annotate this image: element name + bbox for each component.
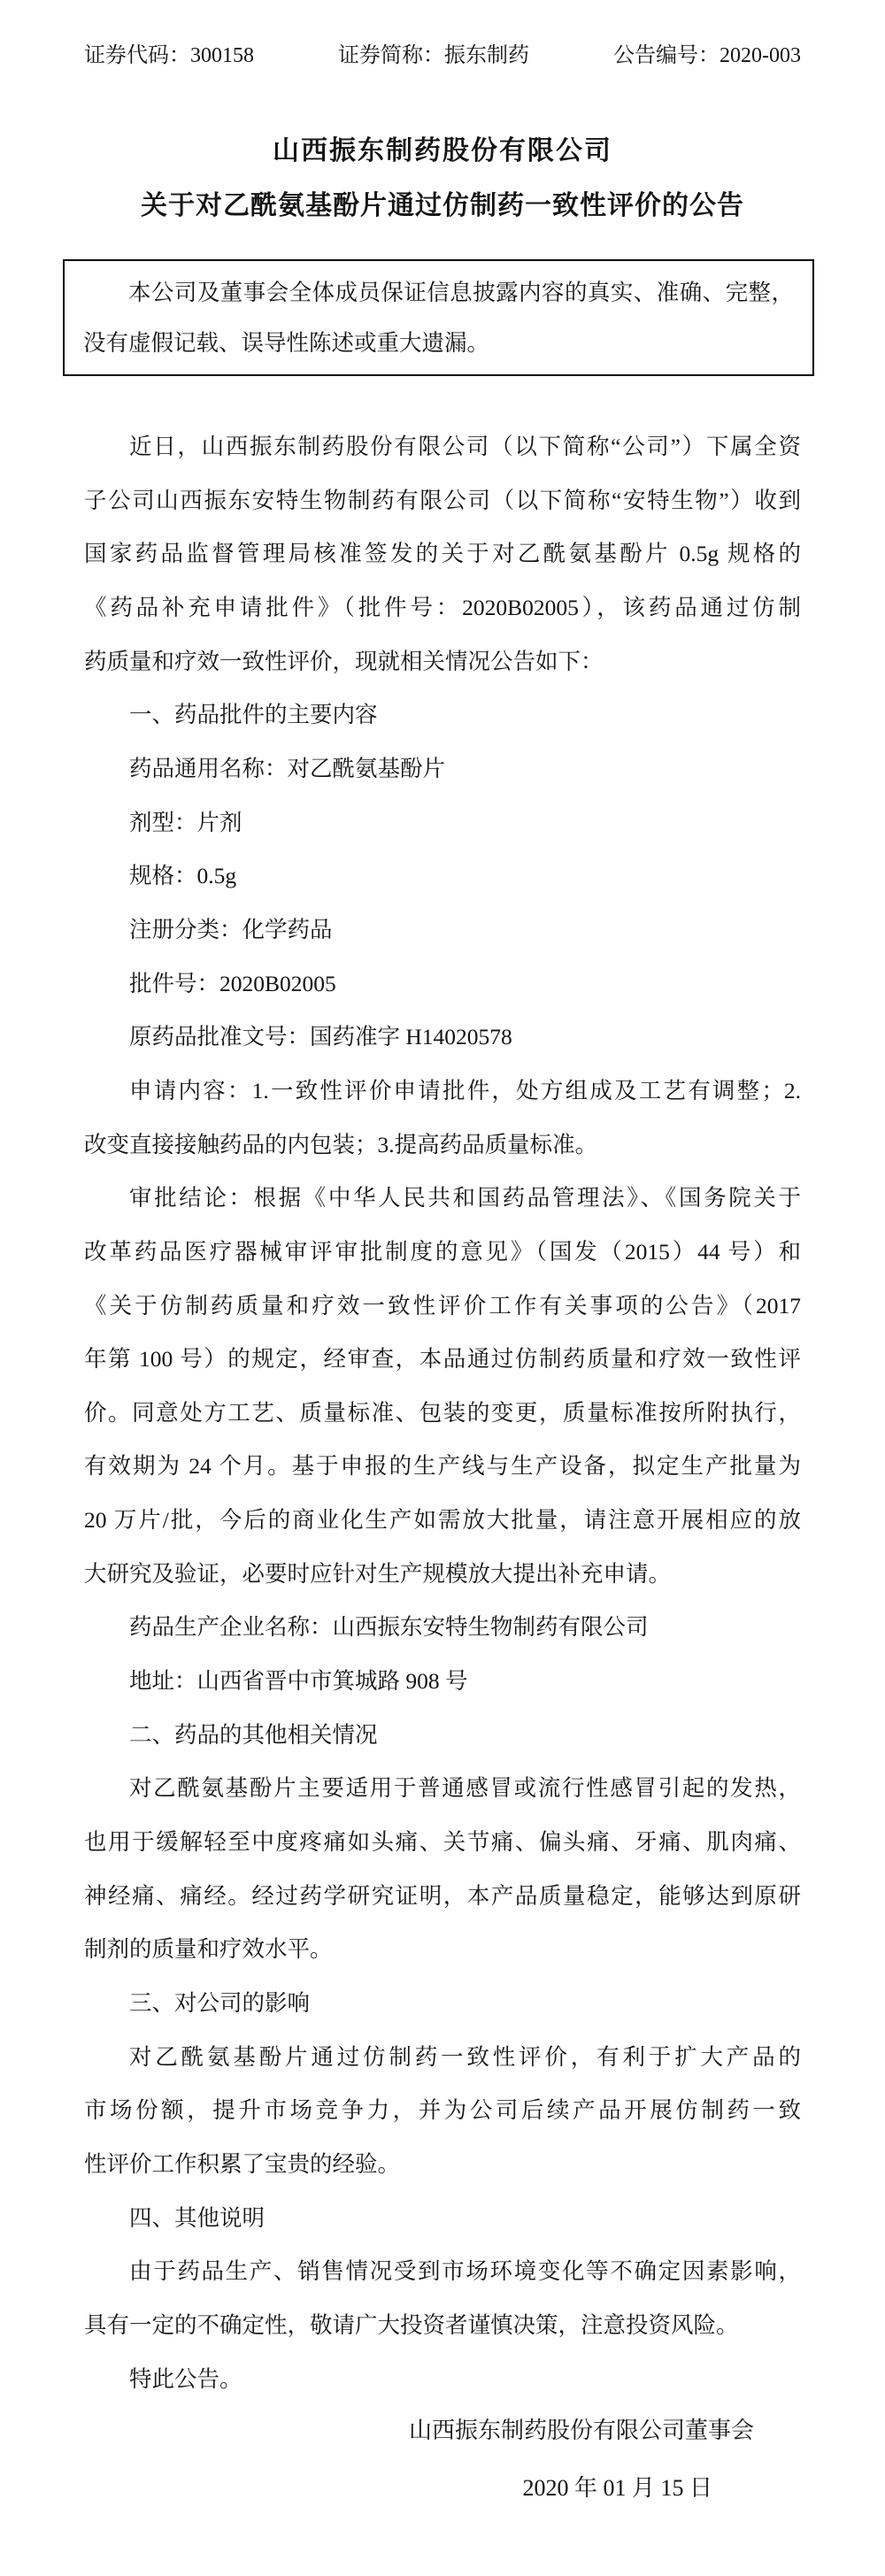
body-line: 药品通用名称：对乙酰氨基酚片 (84, 742, 801, 796)
body-line: 改变直接接触药品的内包装；3.提高药品质量标准。 (84, 1119, 801, 1173)
body-line: 市场份额，提升市场竞争力，并为公司后续产品开展仿制药一致 (84, 2084, 801, 2138)
signature-committee: 山西振东制药股份有限公司董事会 (84, 2413, 801, 2449)
body-line: 四、其他说明 (84, 2192, 801, 2246)
body-line: 地址：山西省晋中市箕城路 908 号 (84, 1655, 801, 1709)
body-line: 近日，山西振东制药股份有限公司（以下简称“公司”）下属全资 (84, 420, 801, 474)
body-line: 剂型：片剂 (84, 796, 801, 850)
announcement-body: 近日，山西振东制药股份有限公司（以下简称“公司”）下属全资子公司山西振东安特生物… (84, 420, 801, 2406)
body-line: 《药品补充申请批件》（批件号：2020B02005），该药品通过仿制 (84, 581, 801, 635)
disclaimer-line: 本公司及董事会全体成员保证信息披露内容的真实、准确、完整， (83, 267, 794, 318)
stock-code: 证券代码：300158 (84, 39, 254, 73)
body-line: 年第 100 号）的规定，经审查，本品通过仿制药质量和疗效一致性评 (84, 1333, 801, 1387)
body-line: 规格：0.5g (84, 850, 801, 904)
body-line: 具有一定的不确定性，敬请广大投资者谨慎决策，注意投资风险。 (84, 2299, 801, 2353)
body-line: 也用于缓解轻至中度疼痛如头痛、关节痛、偏头痛、牙痛、肌肉痛、 (84, 1816, 801, 1870)
announcement-title: 关于对乙酰氨基酚片通过仿制药一致性评价的公告 (0, 188, 885, 224)
body-line: 审批结论：根据《中华人民共和国药品管理法》、《国务院关于 (84, 1172, 801, 1226)
stock-name: 证券简称：振东制药 (338, 39, 529, 73)
document-header: 证券代码：300158 证券简称：振东制药 公告编号：2020-003 (84, 39, 801, 73)
disclaimer-box: 本公司及董事会全体成员保证信息披露内容的真实、准确、完整，没有虚假记载、误导性陈… (63, 259, 814, 376)
body-line: 有效期为 24 个月。基于申报的生产线与生产设备，拟定生产批量为 (84, 1440, 801, 1494)
body-line: 对乙酰氨基酚片主要适用于普通感冒或流行性感冒引起的发热， (84, 1762, 801, 1816)
body-line: 对乙酰氨基酚片通过仿制药一致性评价，有利于扩大产品的 (84, 2031, 801, 2085)
body-line: 药质量和疗效一致性评价，现就相关情况公告如下： (84, 635, 801, 689)
body-line: 申请内容：1.一致性评价申请批件，处方组成及工艺有调整；2. (84, 1065, 801, 1119)
body-line: 药品生产企业名称：山西振东安特生物制药有限公司 (84, 1601, 801, 1655)
announcement-page: 证券代码：300158 证券简称：振东制药 公告编号：2020-003 山西振东… (0, 0, 885, 2576)
body-line: 原药品批准文号：国药准字 H14020578 (84, 1011, 801, 1065)
body-line: 改革药品医疗器械审评审批制度的意见》（国发（2015）44 号）和 (84, 1226, 801, 1280)
company-title: 山西振东制药股份有限公司 (0, 134, 885, 169)
body-line: 国家药品监督管理局核准签发的关于对乙酰氨基酚片 0.5g 规格的 (84, 527, 801, 581)
body-line: 二、药品的其他相关情况 (84, 1709, 801, 1763)
body-line: 子公司山西振东安特生物制药有限公司（以下简称“安特生物”）收到 (84, 474, 801, 528)
disclaimer-line: 没有虚假记载、误导性陈述或重大遗漏。 (83, 318, 794, 368)
body-line: 神经痛、痛经。经过药学研究证明，本产品质量稳定，能够达到原研 (84, 1870, 801, 1924)
body-line: 注册分类：化学药品 (84, 904, 801, 957)
body-line: 价。同意处方工艺、质量标准、包装的变更，质量标准按所附执行， (84, 1387, 801, 1441)
body-line: 批件号：2020B02005 (84, 957, 801, 1011)
signature-date: 2020 年 01 月 15 日 (84, 2471, 801, 2506)
body-line: 大研究及验证，必要时应针对生产规模放大提出补充申请。 (84, 1548, 801, 1602)
body-line: 特此公告。 (84, 2353, 801, 2407)
body-line: 性评价工作积累了宝贵的经验。 (84, 2138, 801, 2192)
body-line: 《关于仿制药质量和疗效一致性评价工作有关事项的公告》（2017 (84, 1280, 801, 1334)
announcement-number: 公告编号：2020-003 (613, 39, 801, 73)
body-line: 20 万片/批，今后的商业化生产如需放大批量，请注意开展相应的放 (84, 1494, 801, 1548)
body-line: 制剂的质量和疗效水平。 (84, 1923, 801, 1977)
body-line: 一、药品批件的主要内容 (84, 688, 801, 742)
body-line: 三、对公司的影响 (84, 1977, 801, 2031)
body-line: 由于药品生产、销售情况受到市场环境变化等不确定因素影响， (84, 2245, 801, 2299)
